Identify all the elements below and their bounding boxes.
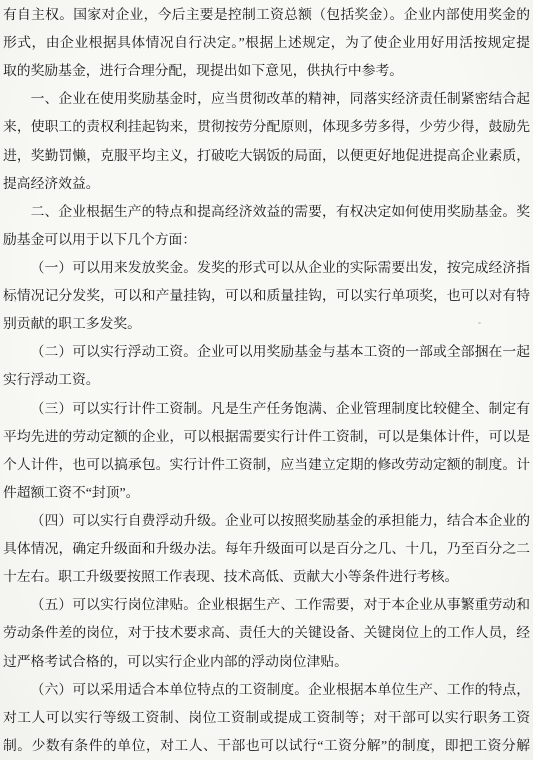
text-line: 制。少数有条件的单位，对工人、干部也可以试行“工资分解”的制度，即把工资分解 [3,732,530,760]
scan-speckle [300,415,302,417]
text-line: 平均先进的劳动定额的企业，可以根据需要实行计件工资制，可以是集体计件，可以是 [3,423,530,451]
text-line: 励基金可以用于以下几个方面： [3,226,530,254]
text-line: 提高经济效益。 [3,170,530,198]
scan-speckle [527,737,529,739]
text-line: （六）可以采用适合本单位特点的工资制度。企业根据本单位生产、工作的特点， [3,676,530,704]
text-line: 形式，由企业根据具体情况自行决定。”根据上述规定，为了使企业用好用活按规定提 [3,29,530,57]
scan-speckle [9,637,11,639]
text-line: 来，使职工的责权利挂起钩来，贯彻按劳分配原则，体现多劳多得，少劳少得，鼓励先 [3,113,530,141]
text-line: 件超额工资不“封顶”。 [3,479,530,507]
text-line: 过严格考试合格的，可以实行企业内部的浮动岗位津贴。 [3,648,530,676]
text-line: 一、企业在使用奖励基金时，应当贯彻改革的精神，同落实经济责任制紧密结合起 [3,85,530,113]
document-page: 有自主权。国家对企业，今后主要是控制工资总额（包括奖金）。企业内部使用奖金的形式… [0,0,533,760]
text-line: （四）可以实行自费浮动升级。企业可以按照奖励基金的承担能力，结合本企业的 [3,507,530,535]
text-line: （一）可以用来发放奖金。发奖的形式可以从企业的实际需要出发，按完成经济指 [3,254,530,282]
text-line: （三）可以实行计件工资制。凡是生产任务饱满、企业管理制度比较健全、制定有 [3,395,530,423]
text-line: （五）可以实行岗位津贴。企业根据生产、工作需要，对于本企业从事繁重劳动和 [3,591,530,619]
text-line: （二）可以实行浮动工资。企业可以用奖励基金与基本工资的一部或全部捆在一起 [3,338,530,366]
text-line: 十左右。职工升级要按照工作表现、技术高低、贡献大小等条件进行考核。 [3,563,530,591]
scan-speckle [14,300,16,302]
text-line: 别贡献的职工多发奖。 [3,310,530,338]
text-line: 二、企业根据生产的特点和提高经济效益的需要，有权决定如何使用奖励基金。奖 [3,198,530,226]
scan-speckle [478,322,481,324]
text-line: 标情况记分发奖，可以和产量挂钩，可以和质量挂钩，可以实行单项奖，也可以对有特 [3,282,530,310]
text-line: 具体情况，确定升级面和升级办法。每年升级面可以是百分之几、十几，乃至百分之二 [3,535,530,563]
text-line: 个人计件，也可以搞承包。实行计件工资制，应当建立定期的修改劳动定额的制度。计 [3,451,530,479]
text-line: 有自主权。国家对企业，今后主要是控制工资总额（包括奖金）。企业内部使用奖金的 [3,1,530,29]
text-line: 实行浮动工资。 [3,366,530,394]
text-line: 取的奖励基金，进行合理分配，现提出如下意见，供执行中参考。 [3,57,530,85]
text-line: 进，奖勤罚懒，克服平均主义，打破吃大锅饭的局面，以便更好地促进提高企业素质， [3,142,530,170]
document-text-block: 有自主权。国家对企业，今后主要是控制工资总额（包括奖金）。企业内部使用奖金的形式… [3,1,530,760]
text-line: 劳动条件差的岗位，对于技术要求高、责任大的关键设备、关键岗位上的工作人员，经 [3,619,530,647]
text-line: 对工人可以实行等级工资制、岗位工资制或提成工资制等；对干部可以实行职务工资 [3,704,530,732]
